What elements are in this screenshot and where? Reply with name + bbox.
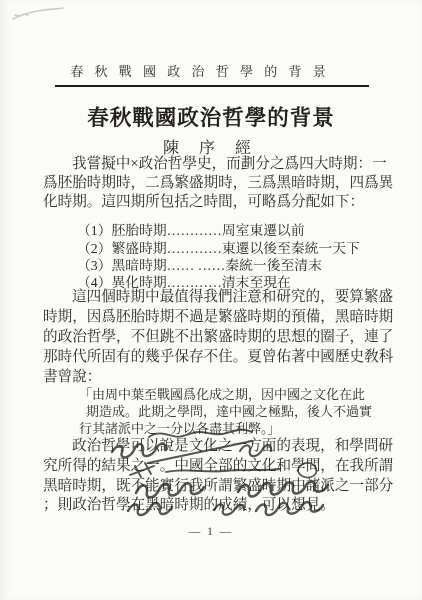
text-line: （3）黑暗時期…… ……秦統一後至清末 [77,257,322,274]
text-line: 書曾說： [43,369,101,386]
text-line: 的政治哲學，不但跳不出繁盛時期的思想的圈子，連了 [43,329,393,346]
text-line: ；則政治哲學在黑暗時期的成績，可以想見。 [43,497,335,514]
scanned-page: 春 秋 戰 國 政 治 哲 學 的 背 景 春秋戰國政治哲學的背景 陳 序 經 … [0,0,422,600]
text-line: （2）繁盛時期…………東遷以後至秦統一天下 [77,240,360,257]
text-line: 行其諸派中之一分以各盡其利弊。」 [79,420,281,437]
text-line: 期造成。此期之學問，達中國之極點，後人不過實 [86,403,372,420]
text-line: 那時代所固有的幾乎保存不住。夏曾佑著中國歷史敎科 [43,349,393,366]
text-line: 時期，因爲胚胎時期不過是繁盛時期的預備，黑暗時期 [43,309,393,326]
text-line: 這四個時期中最值得我們注意和研究的，要算繁盛 [72,289,393,306]
text-line: 究所得的結果之一。中國全部的文化和學問，在我所謂 [43,458,393,475]
page-number: — 1 — [0,526,422,538]
text-line: 政治哲學可以說是文化之一方面的表現，和學問研 [72,438,393,455]
text-line: （1）胚胎時期…………周室東遷以前 [77,222,305,239]
body-text: 我嘗擬中×政治哲學史，而劃分之爲四大時期：一爲胚胎時期時，二爲繁盛期時，三爲黑暗… [0,0,422,600]
text-line: 「由周中葉至戰國爲化成之期，因中國之文化在此 [79,386,365,403]
text-line: 化時期。這四期所包括之時間，可略爲分配如下： [43,194,364,211]
text-line: 黑暗時期，既不能實行我所謂繁盛時期中諸派之一部分 [43,478,393,495]
text-line: 爲胚胎時期時，二爲繁盛期時，三爲黑暗時期，四爲異 [43,175,393,192]
text-line: 我嘗擬中×政治哲學史，而劃分之爲四大時期：一 [72,156,387,173]
